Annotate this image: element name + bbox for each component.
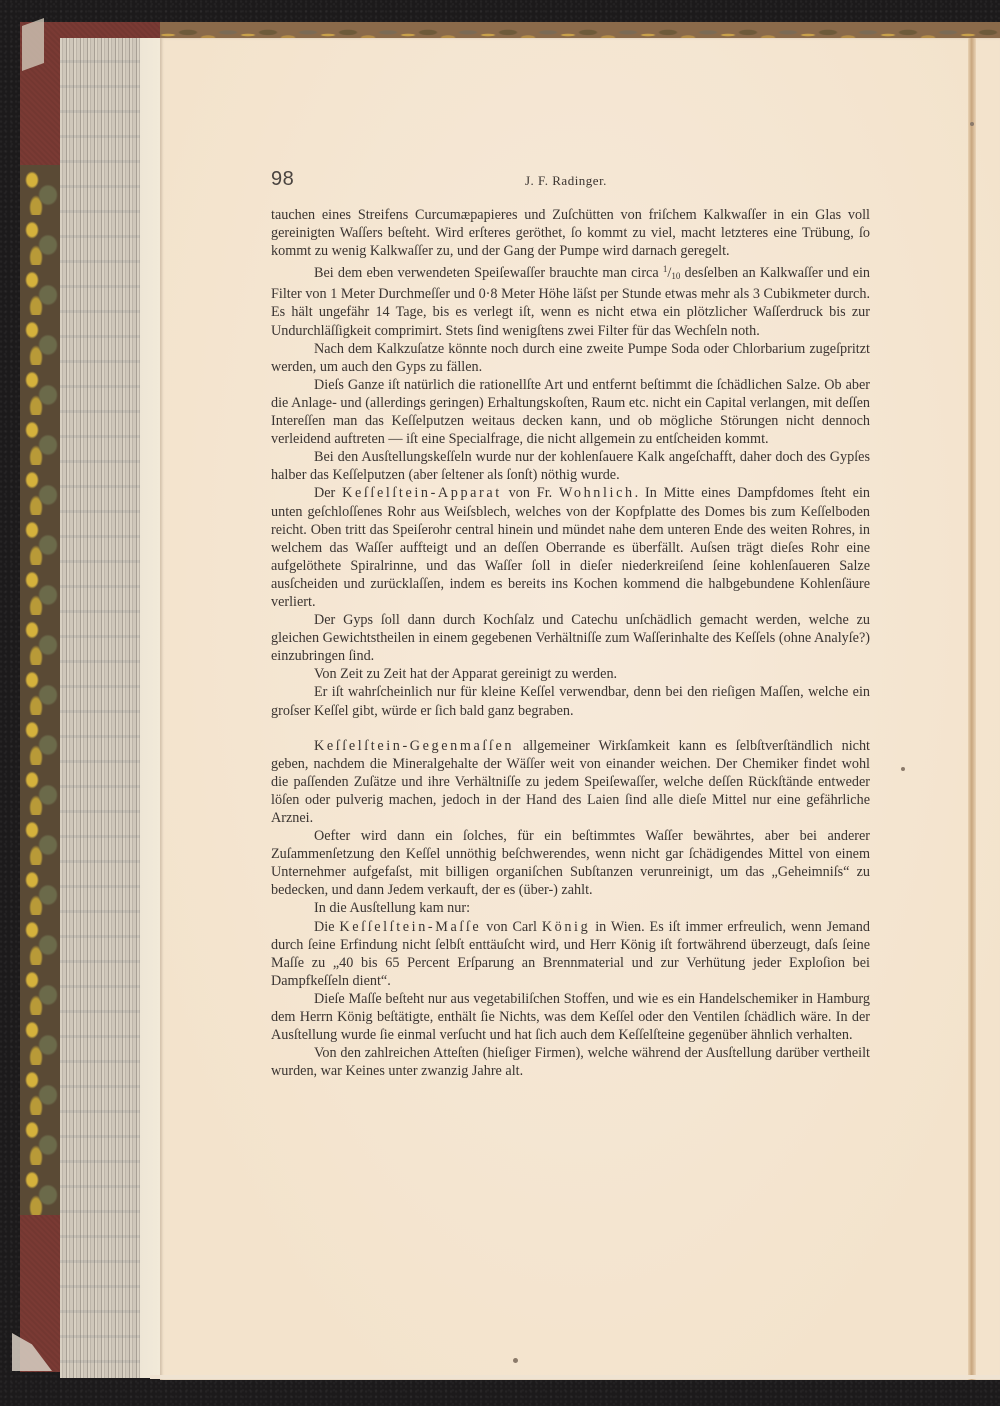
page-bottom-edge [150, 1375, 1000, 1379]
paragraph: Der Keſſelſtein-Apparat von Fr. Wohnlich… [271, 484, 870, 611]
paper-speck [901, 767, 905, 771]
spaced-term: Keſſelſtein-Apparat [342, 485, 502, 501]
spaced-term: Keſſelſtein-Gegenmaſſen [314, 738, 514, 754]
fraction: 1/10 [663, 265, 680, 281]
worn-corner [22, 18, 44, 71]
spaced-name: König [542, 919, 590, 935]
spaced-term: Keſſelſtein-Maſſe [339, 919, 481, 935]
marbled-cover-spine [20, 165, 60, 1215]
running-head: J. F. Radinger. [525, 173, 607, 189]
paper-speck [513, 1358, 518, 1363]
paragraph: Die Keſſelſtein-Maſſe von Carl König in … [271, 918, 870, 990]
paragraph: Dieſe Maſſe beſteht nur aus vegetabiliſc… [271, 990, 870, 1044]
page-number: 98 [271, 168, 294, 191]
paragraph: Von Zeit zu Zeit hat der Apparat gereini… [271, 665, 870, 683]
paragraph: Von den zahlreichen Atteſten (hieſiger F… [271, 1044, 870, 1080]
paragraph: Keſſelſtein-Gegenmaſſen allgemeiner Wirk… [271, 737, 870, 827]
paragraph: Dieſs Ganze iſt natürlich die rationellſ… [271, 376, 870, 448]
paragraph: Nach dem Kalkzuſatze könnte noch durch e… [271, 340, 870, 376]
paragraph: Oefter wird dann ein ſolches, für ein be… [271, 827, 870, 899]
paragraph: Bei den Ausſtellungskeſſeln wurde nur de… [271, 448, 870, 484]
body-text: tauchen eines Streifens Curcumæpapieres … [271, 206, 870, 1080]
page-gutter [968, 38, 976, 1380]
paragraph: In die Ausſtellung kam nur: [271, 899, 870, 917]
paragraph: Er iſt wahrſcheinlich nur für kleine Keſ… [271, 683, 870, 719]
paragraph: Bei dem eben verwendeten Speiſewaſſer br… [271, 260, 870, 339]
paragraph: Der Gyps ſoll dann durch Kochſalz und Ca… [271, 611, 870, 665]
paper-speck [970, 122, 974, 126]
spaced-name: Wohnlich [559, 485, 635, 501]
page-header: 98 J. F. Radinger. [271, 168, 871, 198]
page-edge-strip [140, 38, 160, 1378]
paragraph: tauchen eines Streifens Curcumæpapieres … [271, 206, 870, 260]
